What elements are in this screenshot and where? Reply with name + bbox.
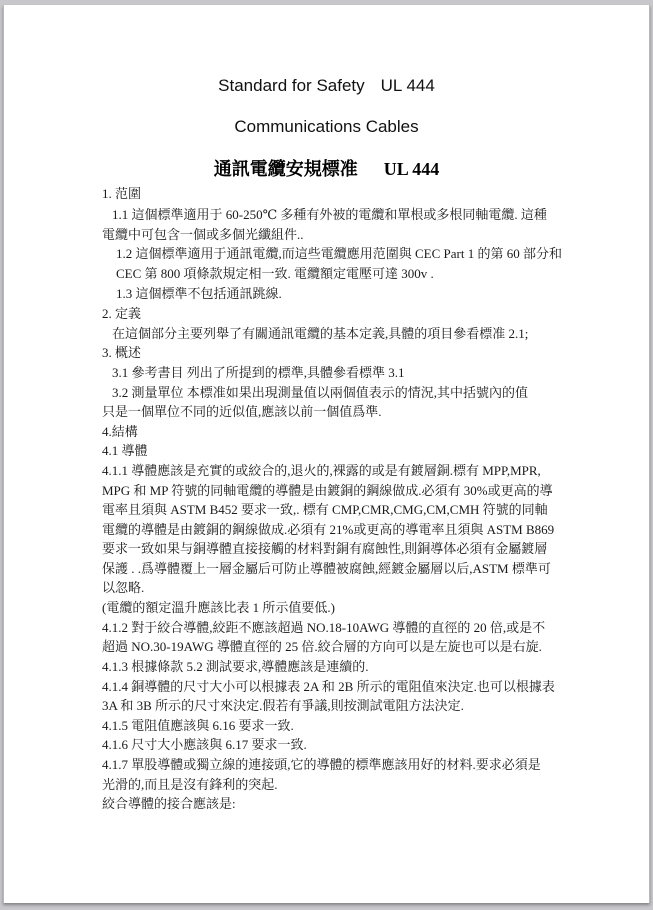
paragraph-line: CEC 第 800 項條款規定相一致. 電纜額定電壓可達 300v . <box>116 266 434 282</box>
paragraph-line: 3.1 參考書目 列出了所提到的標準,具體參看標準 3.1 <box>112 365 405 381</box>
paragraph-line: 以忽略. <box>102 580 144 596</box>
paragraph-line: 3A 和 3B 所示的尺寸來決定.假若有爭議,則按測試電阻方法決定. <box>102 698 464 714</box>
paragraph-line: 電率且須與 ASTM B452 要求一致,. 標有 CMP,CMR,CMG,CM… <box>102 502 548 518</box>
paragraph-line: 1.1 這個標準適用于 60-250℃ 多種有外被的電纜和單根或多根同軸電纜. … <box>112 207 547 223</box>
title-ul-number: UL 444 <box>381 76 435 95</box>
paragraph-line: 4.1.4 銅導體的尺寸大小可以根據表 2A 和 2B 所示的電阻值來決定.也可… <box>102 679 555 695</box>
paragraph-line: 4.1.6 尺寸大小應該與 6.17 要求一致. <box>102 737 307 753</box>
subsection-heading: 4.1 導體 <box>102 443 148 459</box>
paragraph-line: 只是一個單位不同的近似值,應該以前一個值爲準. <box>102 404 382 420</box>
paragraph-line: 光滑的,而且是沒有鋒利的突起. <box>102 777 278 793</box>
paragraph-line: 電纜的導體是由鍍銅的鋼線做成.必須有 21%或更高的導電率且須與 ASTM B8… <box>102 522 554 538</box>
title-chinese-text: 通訊電纜安規標准 <box>214 159 358 179</box>
paragraph-line: 要求一致如果与銅導體直接接觸的材料對銅有腐蝕性,則銅導体必須有金屬鍍層 <box>102 541 547 557</box>
title-english-subject: Communications Cables <box>0 117 653 137</box>
section-heading: 1. 范圍 <box>102 186 141 202</box>
section-heading: 4.結構 <box>102 424 138 440</box>
paragraph-line: 絞合導體的接合應該是: <box>102 796 236 812</box>
paragraph-line: 4.1.5 電阻值應該與 6.16 要求一致. <box>102 718 294 734</box>
paragraph-line: 1.3 這個標準不包括通訊跳線. <box>116 286 282 302</box>
paragraph-line: 4.1.2 對于絞合導體,絞距不應該超過 NO.18-10AWG 導體的直徑的 … <box>102 620 545 636</box>
paragraph-line: 3.2 測量單位 本標准如果出現測量值以兩個值表示的情況,其中括號內的值 <box>112 385 528 401</box>
section-heading: 3. 概述 <box>102 345 141 361</box>
paragraph-line: 在這個部分主要列舉了有關通訊電纜的基本定義,具體的項目參看標准 2.1; <box>112 326 528 342</box>
paragraph-line: MPG 和 MP 符號的同軸電纜的導體是由鍍銅的鋼線做成.必須有 30%或更高的… <box>102 483 553 499</box>
paragraph-line: 4.1.7 單股導體或獨立線的連接頭,它的導體的標準應該用好的材料.要求必須是 <box>102 757 541 773</box>
section-heading: 2. 定義 <box>102 306 141 322</box>
title-chinese-ul-number: UL 444 <box>384 159 440 179</box>
title-standard-text: Standard for Safety <box>218 76 364 95</box>
paragraph-line: (電纜的額定溫升應該比表 1 所示值要低.) <box>102 600 335 616</box>
paragraph-line: 超過 NO.30-19AWG 導體直徑的 25 倍.絞合層的方向可以是左旋也可以… <box>102 639 542 655</box>
paragraph-line: 1.2 這個標準適用于通訊電纜,而這些電纜應用范圍與 CEC Part 1 的第… <box>116 246 562 262</box>
title-chinese: 通訊電纜安規標准UL 444 <box>0 155 653 181</box>
paragraph-line: 4.1.1 導體應該是充實的或絞合的,退火的,裸露的或是有鍍層銅.標有 MPP,… <box>102 463 541 479</box>
title-english-standard: Standard for SafetyUL 444 <box>0 76 653 96</box>
paragraph-line: 電纜中可包含一個或多個光纖組件.. <box>102 227 304 243</box>
paragraph-line: 4.1.3 根據條款 5.2 測試要求,導體應該是連續的. <box>102 659 369 675</box>
paragraph-line: 保護 . .爲導體覆上一層金屬后可防止導體被腐蝕,經鍍金屬層以后,ASTM 標準… <box>102 561 551 577</box>
